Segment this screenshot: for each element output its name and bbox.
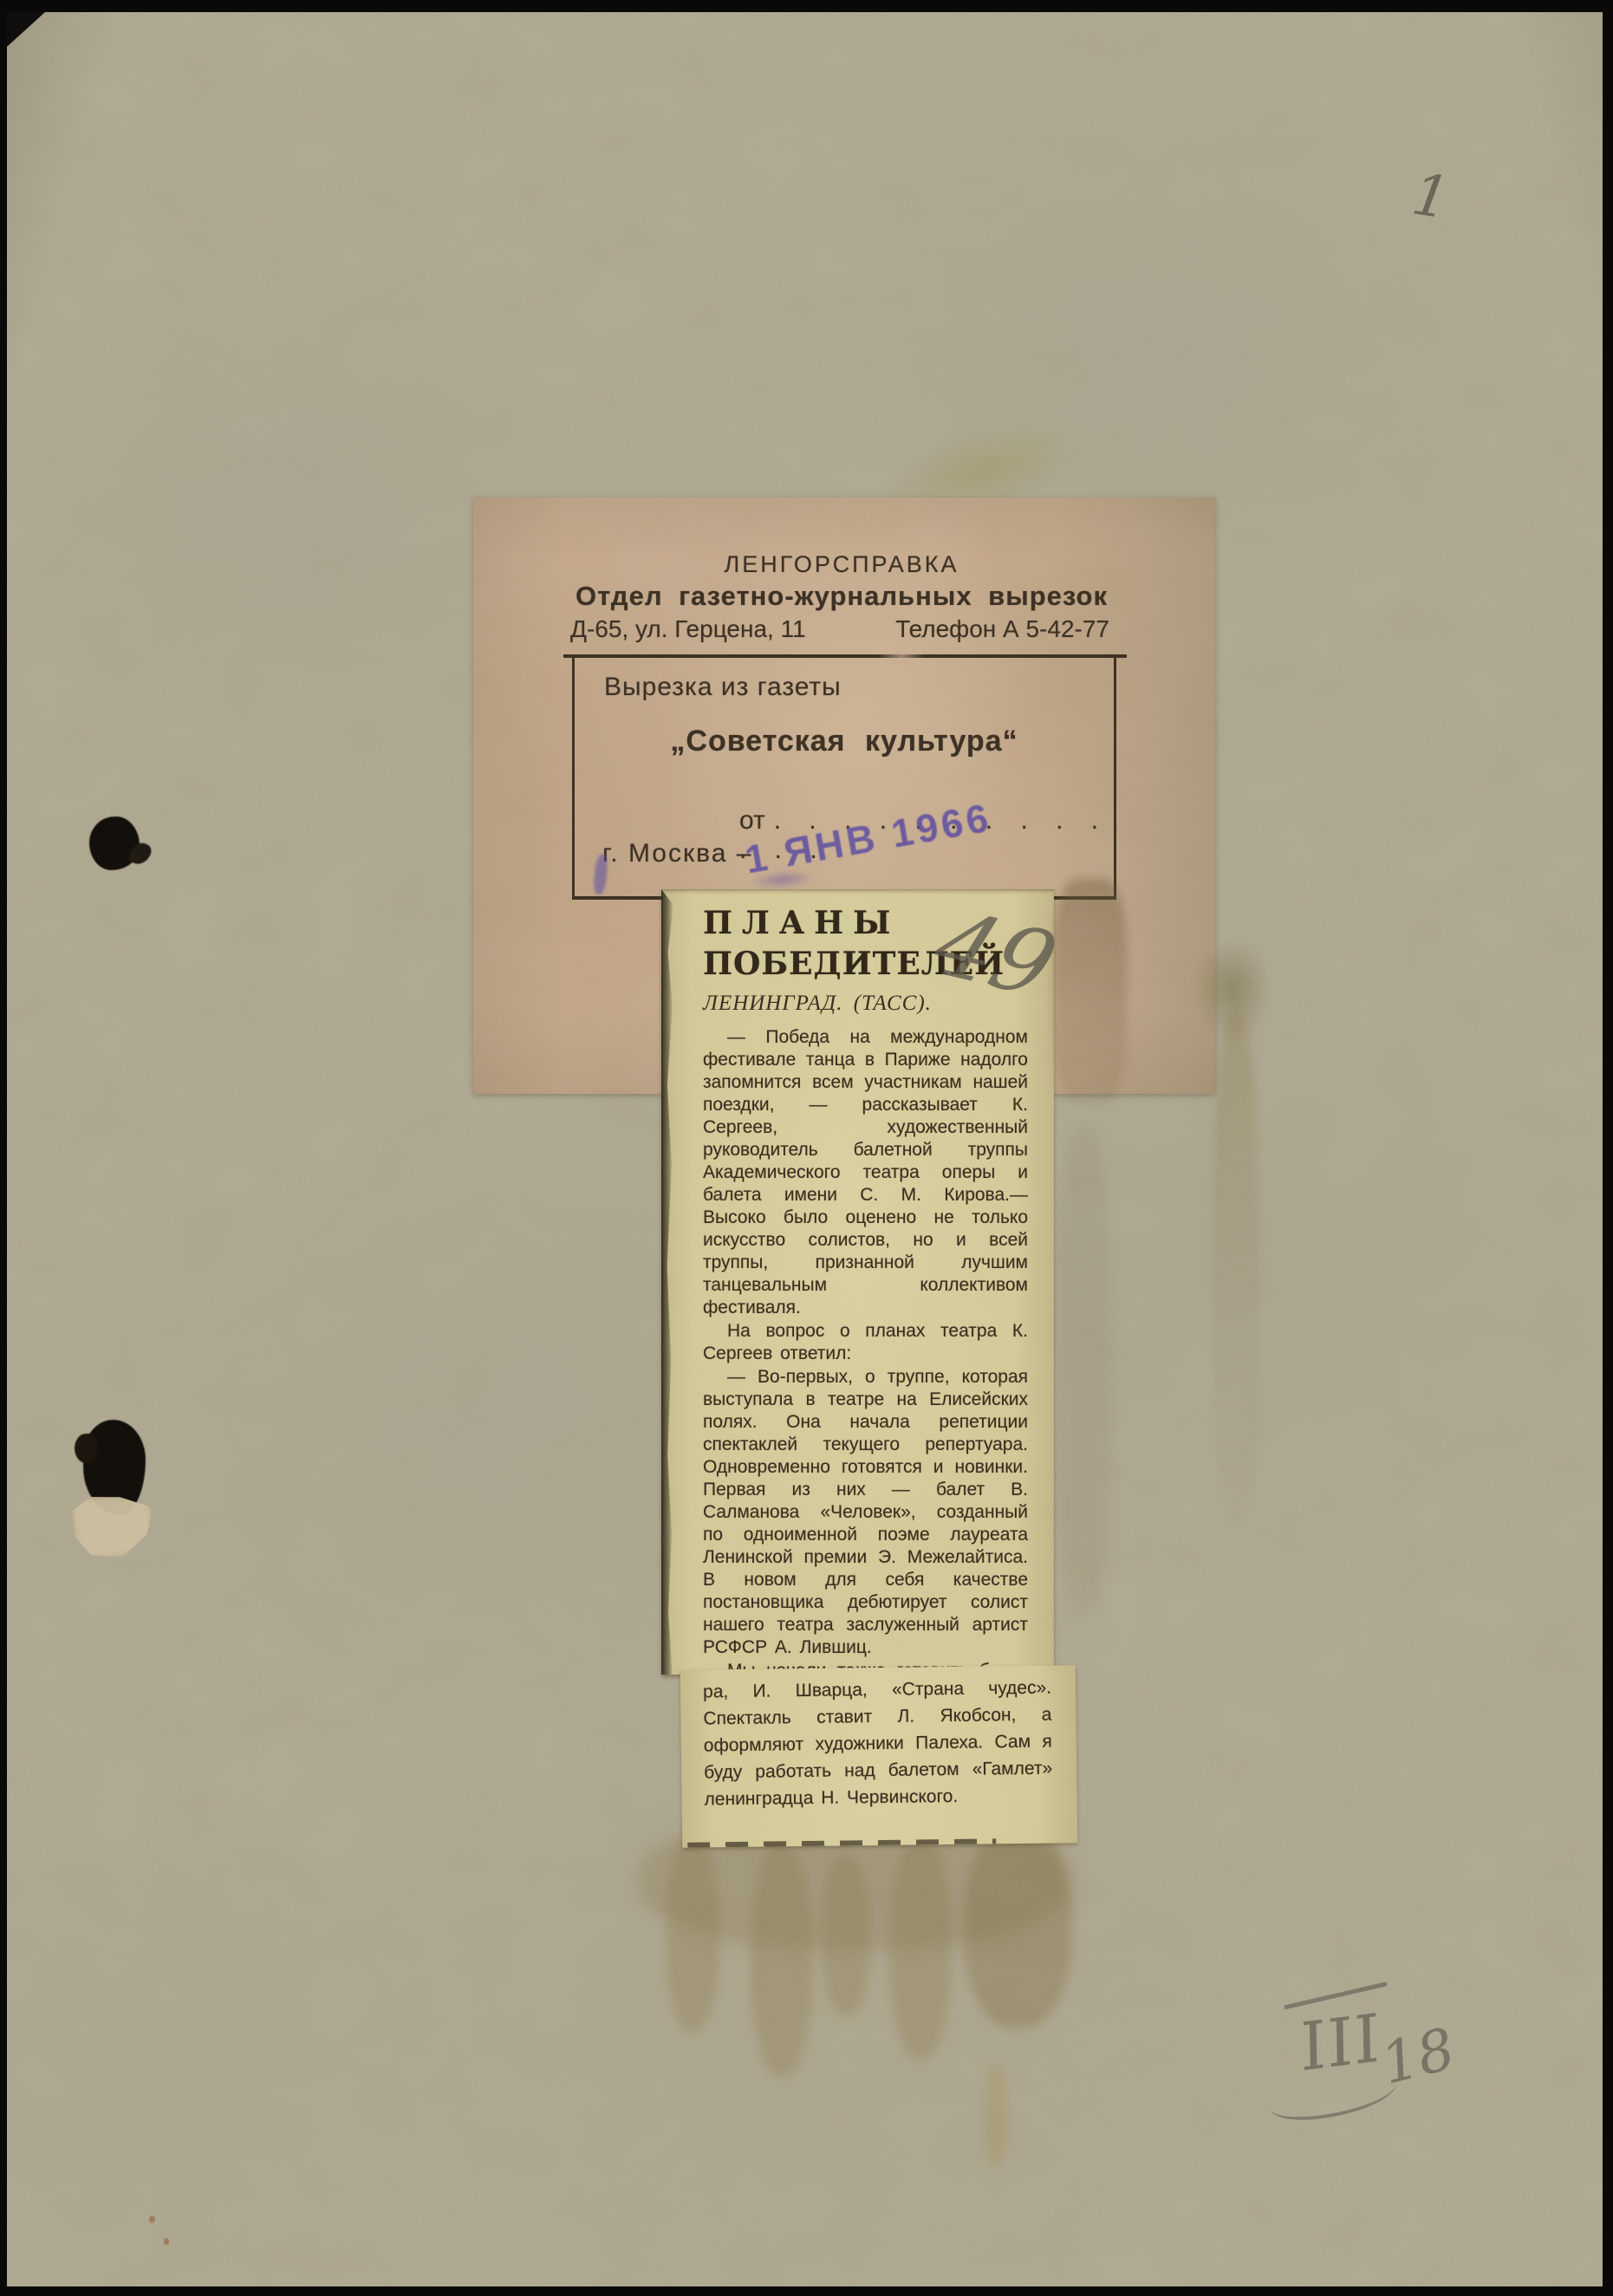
stamp-address-row: Д-65, ул. Герцена, 11 Телефон А 5-42-77 — [570, 615, 1109, 643]
stamp-address: Д-65, ул. Герцена, 11 — [570, 615, 806, 643]
article-paragraph: На вопрос о планах театра К. Сергеев отв… — [703, 1320, 1028, 1365]
stamp-from-label: от — [739, 806, 765, 835]
stamp-city: г. Москва – — [602, 839, 752, 868]
article-body-continuation: ра, И. Шварца, «Страна чудес». Спектакль… — [703, 1675, 1053, 1813]
paper-speck — [149, 2215, 155, 2223]
article-headline-line1: ПЛАНЫ — [703, 905, 900, 941]
article-paragraph: — Во-первых, о труппе, которая выступала… — [703, 1366, 1028, 1659]
article-paragraph: ра, И. Шварца, «Страна чудес». Спектакль… — [703, 1675, 1053, 1813]
stamp-org-name: ЛЕНГОРСПРАВКА — [567, 551, 1116, 578]
newspaper-clipping-bottom: ра, И. Шварца, «Страна чудес». Спектакль… — [680, 1665, 1077, 1848]
stamp-phone: Телефон А 5-42-77 — [895, 615, 1109, 643]
pencil-underline — [1266, 2065, 1400, 2127]
stamp-newspaper-name: „Советская культура“ — [575, 725, 1114, 758]
article-body: — Победа на международном фестивале танц… — [703, 1026, 1028, 1675]
pencil-archive-mark: III 18 — [1267, 1974, 1467, 2130]
punch-hole-top — [89, 816, 140, 870]
stamp-clipping-from-label: Вырезка из газеты — [604, 673, 842, 702]
article-paragraph: — Победа на международном фестивале танц… — [703, 1026, 1028, 1319]
archival-scan: 1 ЛЕНГОРСПРАВКА Отдел газетно-журнальных… — [0, 0, 1613, 2296]
paper-speck — [164, 2238, 169, 2245]
stamp-department: Отдел газетно-журнальных вырезок — [567, 581, 1116, 612]
